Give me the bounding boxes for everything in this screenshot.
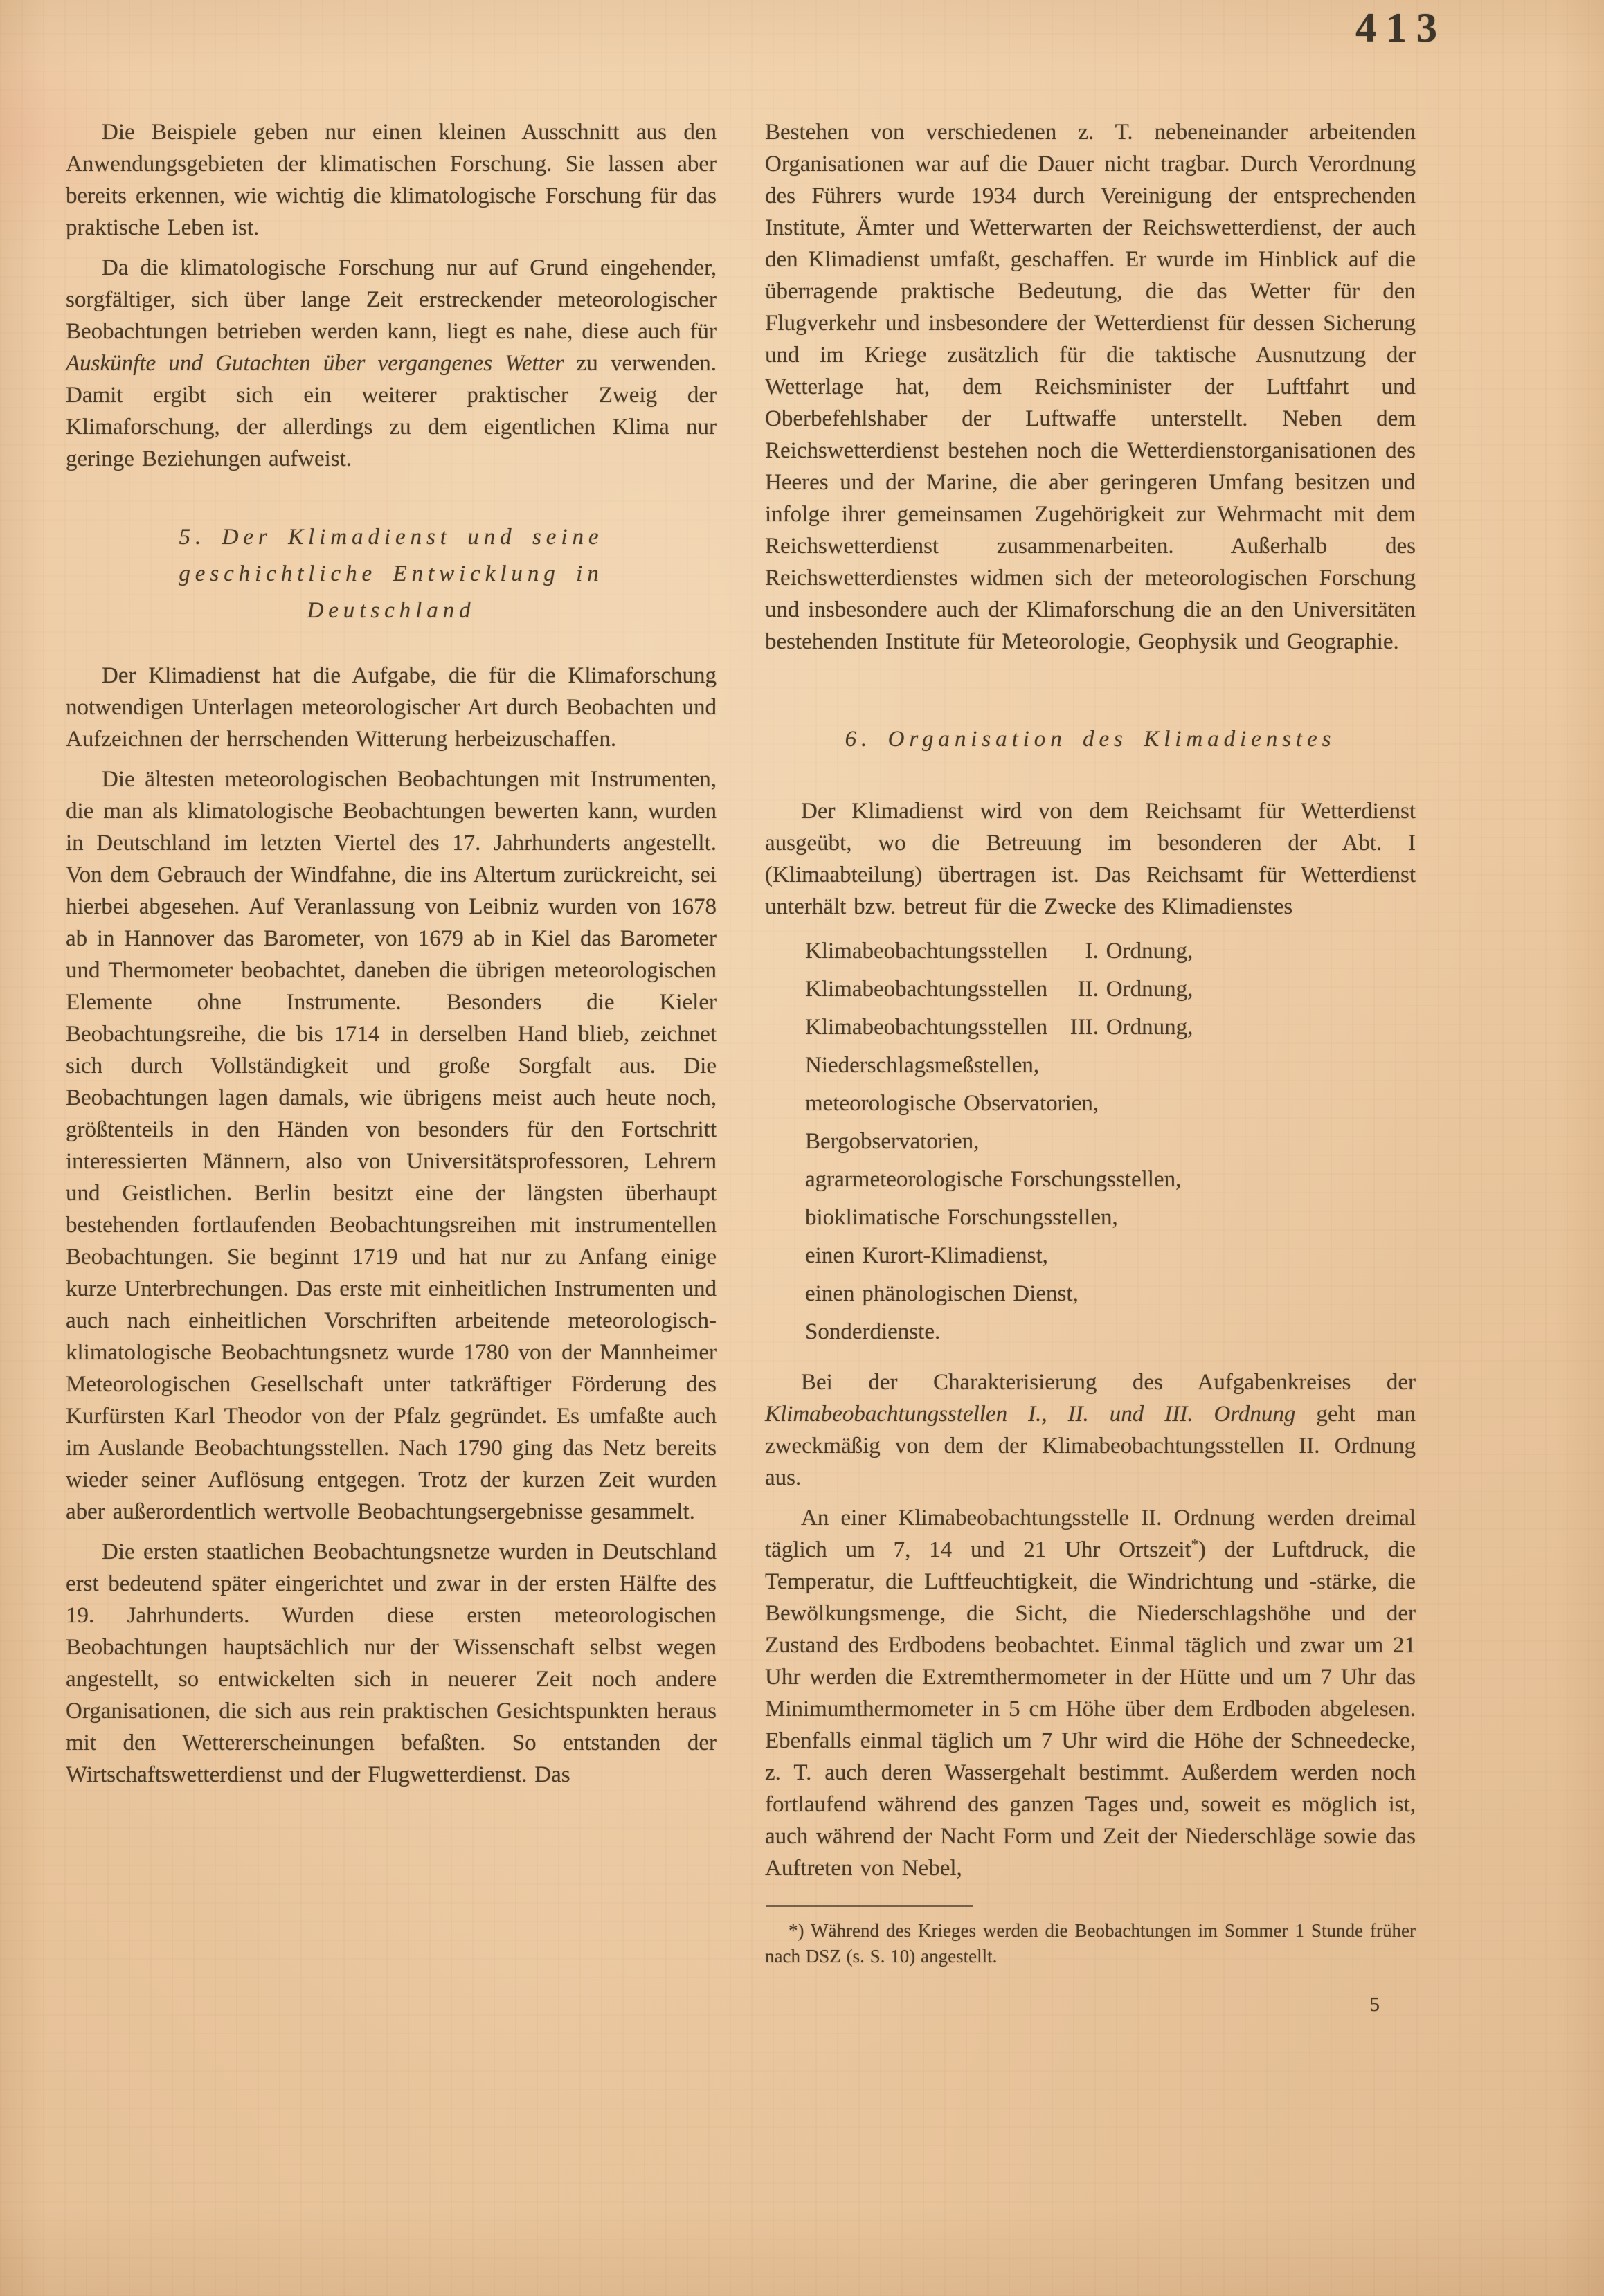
- footnote-marker: *: [1191, 1537, 1198, 1552]
- footnote-block: *) Während des Krieges werden die Beobac…: [765, 1905, 1416, 1969]
- scanned-book-page: 413 Die Beispiele geben nur einen kleine…: [0, 0, 1604, 2296]
- paragraph: Bestehen von verschiedenen z. T. nebenei…: [765, 116, 1416, 658]
- text-run: Da die klimatologische Forschung nur auf…: [66, 255, 717, 344]
- list-item: Klimabeobachtungsstellen II. Ordnung,: [805, 970, 1416, 1009]
- text-run: Bei der Charakterisierung des Aufgabenkr…: [801, 1370, 1416, 1395]
- list-item: Klimabeobachtungsstellen I. Ordnung,: [805, 932, 1416, 970]
- left-column: Die Beispiele geben nur einen kleinen Au…: [66, 116, 717, 1799]
- italic-phrase: Auskünfte und Gutachten über vergangenes…: [66, 351, 564, 376]
- page-number: 413: [1355, 4, 1447, 52]
- heading-line: 6. Organisation des Klimadienstes: [765, 721, 1416, 758]
- list-item: Bergobservatorien,: [805, 1123, 1416, 1161]
- paragraph: Da die klimatologische Forschung nur auf…: [66, 252, 717, 475]
- footnote-rule: [766, 1905, 973, 1907]
- paragraph: Die Beispiele geben nur einen kleinen Au…: [66, 116, 717, 244]
- right-column: Bestehen von verschiedenen z. T. nebenei…: [765, 116, 1416, 2021]
- list-item: Klimabeobachtungsstellen III. Ordnung,: [805, 1009, 1416, 1047]
- climate-service-list: Klimabeobachtungsstellen I. Ordnung, Kli…: [805, 932, 1416, 1351]
- paragraph: Die ältesten meteorologischen Beobachtun…: [66, 763, 717, 1528]
- section-heading-6: 6. Organisation des Klimadienstes: [765, 721, 1416, 758]
- list-item: bioklimatische Forschungsstellen,: [805, 1199, 1416, 1237]
- list-item: meteorologische Observatorien,: [805, 1085, 1416, 1123]
- footnote-text: *) Während des Krieges werden die Beobac…: [765, 1918, 1416, 1969]
- paragraph: Die ersten staatlichen Beobachtungsnetze…: [66, 1536, 717, 1791]
- paragraph: Bei der Charakterisierung des Aufgabenkr…: [765, 1366, 1416, 1494]
- paragraph: Der Klimadienst hat die Aufgabe, die für…: [66, 660, 717, 755]
- list-item: einen Kurort-Klimadienst,: [805, 1237, 1416, 1275]
- paragraph: An einer Klimabeobachtungsstelle II. Ord…: [765, 1502, 1416, 1884]
- text-run: ) der Luftdruck, die Temperatur, die Luf…: [765, 1537, 1416, 1881]
- heading-line: geschichtliche Entwicklung in: [66, 556, 717, 593]
- heading-line: 5. Der Klimadienst und seine: [66, 519, 717, 556]
- heading-line: Deutschland: [66, 593, 717, 629]
- list-item: Sonderdienste.: [805, 1313, 1416, 1351]
- list-item: einen phänologischen Dienst,: [805, 1275, 1416, 1313]
- list-item: Niederschlagsmeßstellen,: [805, 1047, 1416, 1085]
- italic-phrase: Klimabeobachtungsstellen I., II. und III…: [765, 1402, 1295, 1427]
- signature-mark: 5: [765, 1989, 1416, 2021]
- paragraph: Der Klimadienst wird von dem Reichsamt f…: [765, 795, 1416, 923]
- list-item: agrarmeteorologische Forschungsstellen,: [805, 1161, 1416, 1199]
- section-heading-5: 5. Der Klimadienst und seine geschichtli…: [66, 519, 717, 629]
